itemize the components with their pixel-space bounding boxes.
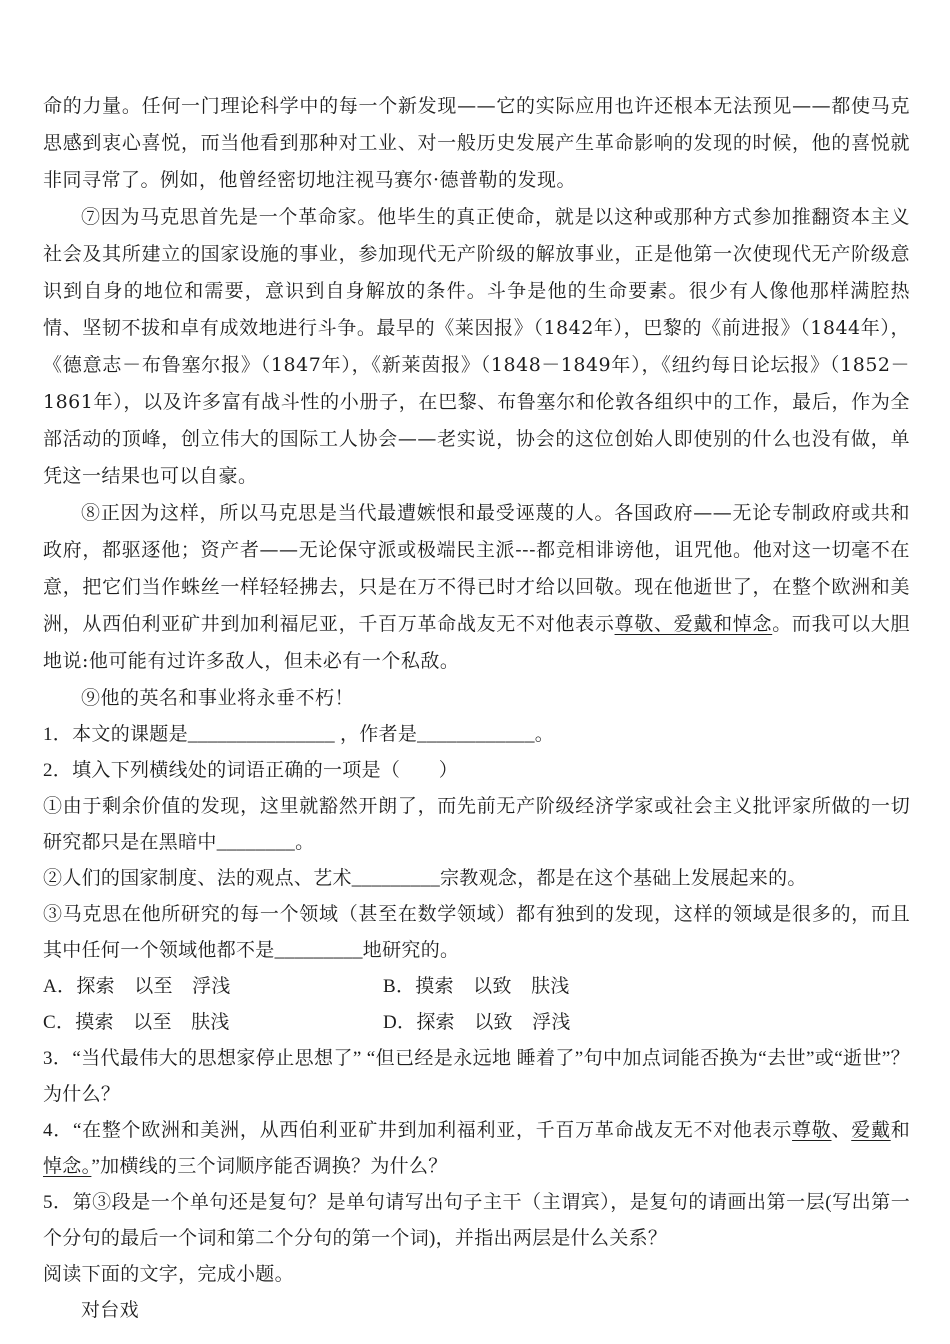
question-text: ②人们的国家制度、法的观点、艺术_________宗教观念，都是在这个基础上发展… — [43, 868, 807, 889]
question-2-item-1: ①由于剩余价值的发现，这里就豁然开朗了，而先前无产阶级经济学家或社会主义批评家所… — [43, 789, 910, 861]
question-text: 2．填入下列横线处的词语正确的一项是（ ） — [43, 760, 458, 781]
option-d: D．探索 以致 浮浅 — [383, 1005, 571, 1041]
option-a: A．探索 以至 浮浅 — [43, 969, 383, 1005]
underlined-word-2: 爱戴 — [851, 1120, 890, 1141]
reading-prompt: 阅读下面的文字，完成小题。 — [43, 1257, 910, 1293]
question-1: 1．本文的课题是_______________ ，作者是____________… — [43, 717, 910, 753]
question-2-stem: 2．填入下列横线处的词语正确的一项是（ ） — [43, 753, 910, 789]
underlined-phrase: 尊敬、爱戴和悼念 — [615, 613, 773, 635]
question-text: 4．“在整个欧洲和美洲，从西伯利亚矿井到加利福利亚，千百万革命战友无不对他表示 — [43, 1120, 792, 1141]
passage-para-9: ⑨他的英名和事业将永垂不朽！ — [43, 680, 910, 717]
passage-para-8: ⑧正因为这样，所以马克思是当代最遭嫉恨和最受诬蔑的人。各国政府——无论专制政府或… — [43, 495, 910, 680]
question-3: 3．“当代最伟大的思想家停止思想了” “但已经是永远地 睡着了”句中加点词能否换… — [43, 1041, 910, 1113]
question-5: 5．第③段是一个单句还是复句？是单句请写出句子主干（主谓宾），是复句的请画出第一… — [43, 1185, 910, 1257]
question-text: 、 — [832, 1120, 852, 1141]
underlined-word-1: 尊敬 — [792, 1120, 831, 1141]
passage-para-7: ⑦因为马克思首先是一个革命家。他毕生的真正使命，就是以这种或那种方式参加推翻资本… — [43, 199, 910, 495]
title-text: 对台戏 — [81, 1300, 139, 1321]
prompt-text: 阅读下面的文字，完成小题。 — [43, 1264, 294, 1285]
passage-text: ⑨他的英名和事业将永垂不朽！ — [81, 687, 354, 709]
reading-title: 对台戏 — [43, 1293, 910, 1329]
option-b: B．摸索 以致 肤浅 — [383, 969, 570, 1005]
option-c: C．摸索 以至 肤浅 — [43, 1005, 383, 1041]
passage-para-6-continuation: 命的力量。任何一门理论科学中的每一个新发现——它的实际应用也许还根本无法预见——… — [43, 88, 910, 199]
question-2-item-3: ③马克思在他所研究的每一个领域（甚至在数学领域）都有独到的发现，这样的领域是很多… — [43, 897, 910, 969]
question-text: 1．本文的课题是_______________ ，作者是____________… — [43, 724, 554, 745]
question-text: 5．第③段是一个单句还是复句？是单句请写出句子主干（主谓宾），是复句的请画出第一… — [43, 1192, 910, 1249]
question-2-options-row-1: A．探索 以至 浮浅B．摸索 以致 肤浅 — [43, 969, 910, 1005]
question-text: ”加横线的三个词顺序能否调换？为什么？ — [91, 1156, 447, 1177]
question-text: 3．“当代最伟大的思想家停止思想了” “但已经是永远地 睡着了”句中加点词能否换… — [43, 1048, 910, 1105]
underlined-word-3: 悼念。 — [43, 1156, 91, 1177]
question-4: 4．“在整个欧洲和美洲，从西伯利亚矿井到加利福利亚，千百万革命战友无不对他表示尊… — [43, 1113, 910, 1185]
question-text: 和 — [891, 1120, 910, 1141]
exam-page: 命的力量。任何一门理论科学中的每一个新发现——它的实际应用也许还根本无法预见——… — [0, 0, 950, 1344]
question-2-options-row-2: C．摸索 以至 肤浅D．探索 以致 浮浅 — [43, 1005, 910, 1041]
question-2-item-2: ②人们的国家制度、法的观点、艺术_________宗教观念，都是在这个基础上发展… — [43, 861, 910, 897]
passage-text: 命的力量。任何一门理论科学中的每一个新发现——它的实际应用也许还根本无法预见——… — [43, 95, 910, 191]
passage-text: ⑦因为马克思首先是一个革命家。他毕生的真正使命，就是以这种或那种方式参加推翻资本… — [43, 206, 910, 487]
question-text: ③马克思在他所研究的每一个领域（甚至在数学领域）都有独到的发现，这样的领域是很多… — [43, 904, 910, 961]
question-text: ①由于剩余价值的发现，这里就豁然开朗了，而先前无产阶级经济学家或社会主义批评家所… — [43, 796, 910, 853]
